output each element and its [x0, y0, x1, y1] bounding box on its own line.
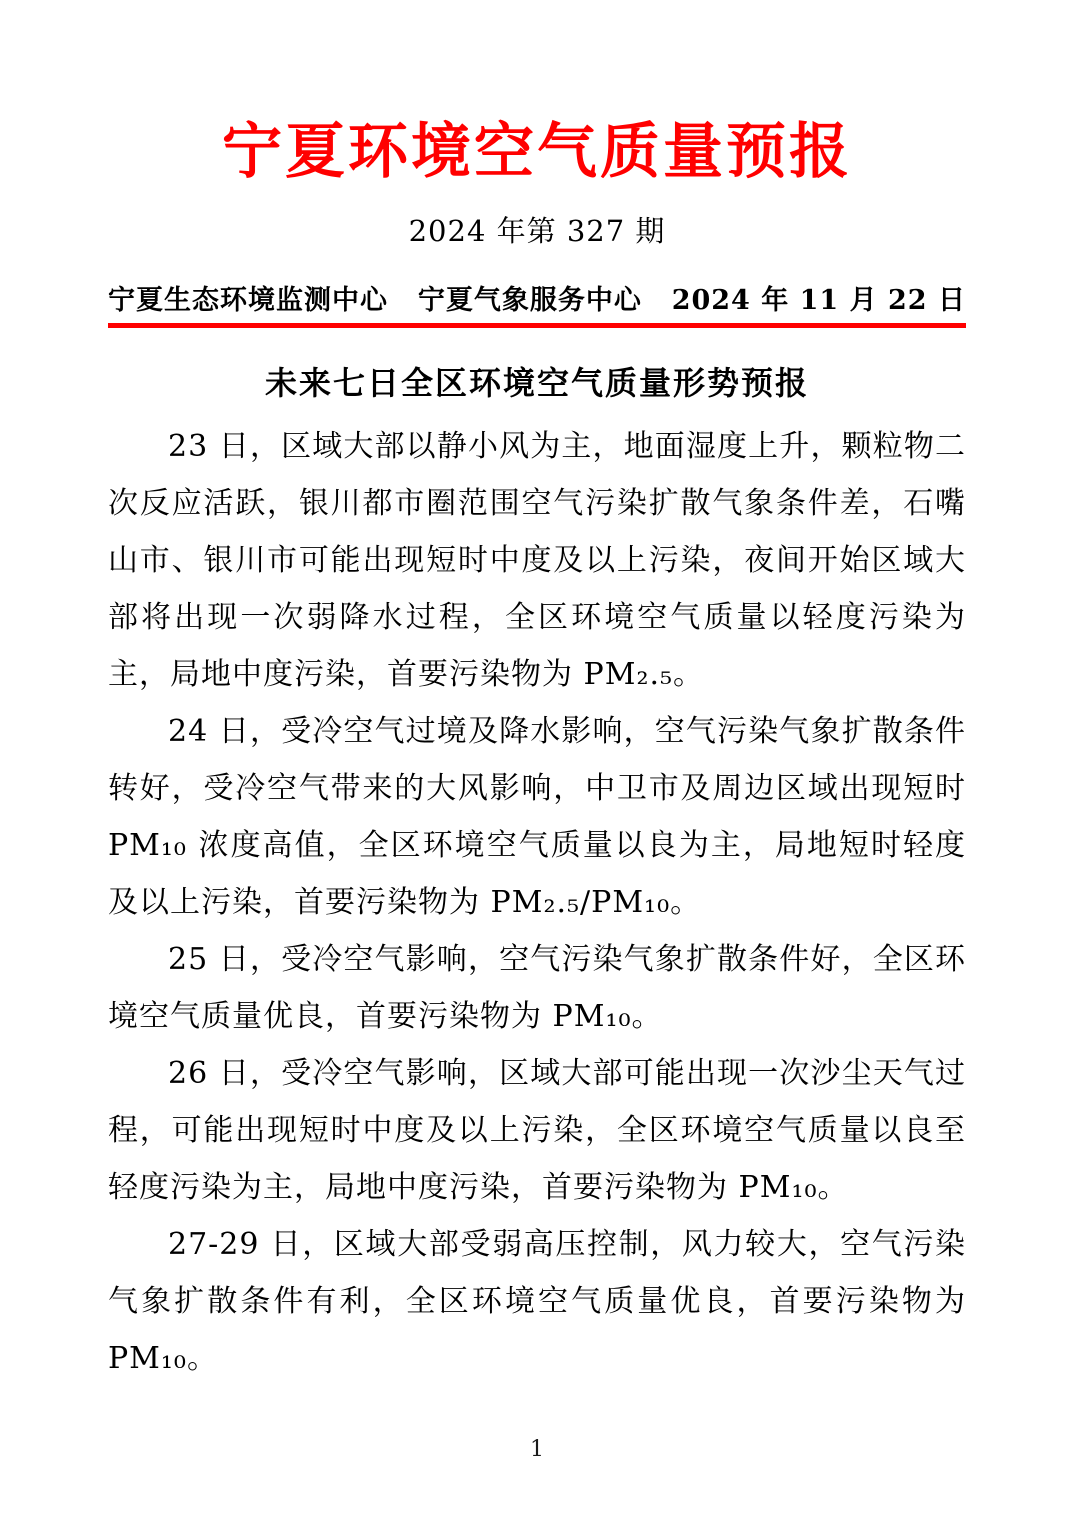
- document-title: 宁夏环境空气质量预报: [108, 118, 966, 187]
- page-number: 1: [0, 1437, 1074, 1462]
- section-title: 未来七日全区环境空气质量形势预报: [108, 358, 966, 404]
- org-meteorological-center: 宁夏气象服务中心: [418, 278, 642, 317]
- paragraph-day27-29: 27-29 日，区域大部受弱高压控制，风力较大，空气污染气象扩散条件有利，全区环…: [108, 1216, 966, 1387]
- header-organizations-row: 宁夏生态环境监测中心 宁夏气象服务中心 2024 年 11 月 22 日: [108, 278, 966, 317]
- paragraph-day26: 26 日，受冷空气影响，区域大部可能出现一次沙尘天气过程，可能出现短时中度及以上…: [108, 1045, 966, 1216]
- red-divider-rule: [108, 323, 966, 328]
- paragraph-day23: 23 日，区域大部以静小风为主，地面湿度上升，颗粒物二次反应活跃，银川都市圈范围…: [108, 418, 966, 703]
- document-content: 宁夏环境空气质量预报 2024 年第 327 期 宁夏生态环境监测中心 宁夏气象…: [0, 118, 1074, 1387]
- forecast-body: 23 日，区域大部以静小风为主，地面湿度上升，颗粒物二次反应活跃，银川都市圈范围…: [108, 418, 966, 1387]
- paragraph-day24: 24 日，受冷空气过境及降水影响，空气污染气象扩散条件转好，受冷空气带来的大风影…: [108, 703, 966, 931]
- org-monitoring-center: 宁夏生态环境监测中心: [108, 278, 388, 317]
- paragraph-day25: 25 日，受冷空气影响，空气污染气象扩散条件好，全区环境空气质量优良，首要污染物…: [108, 931, 966, 1045]
- document-page: 宁夏环境空气质量预报 2024 年第 327 期 宁夏生态环境监测中心 宁夏气象…: [0, 0, 1074, 1520]
- issue-number: 2024 年第 327 期: [108, 209, 966, 250]
- issue-date: 2024 年 11 月 22 日: [672, 278, 966, 317]
